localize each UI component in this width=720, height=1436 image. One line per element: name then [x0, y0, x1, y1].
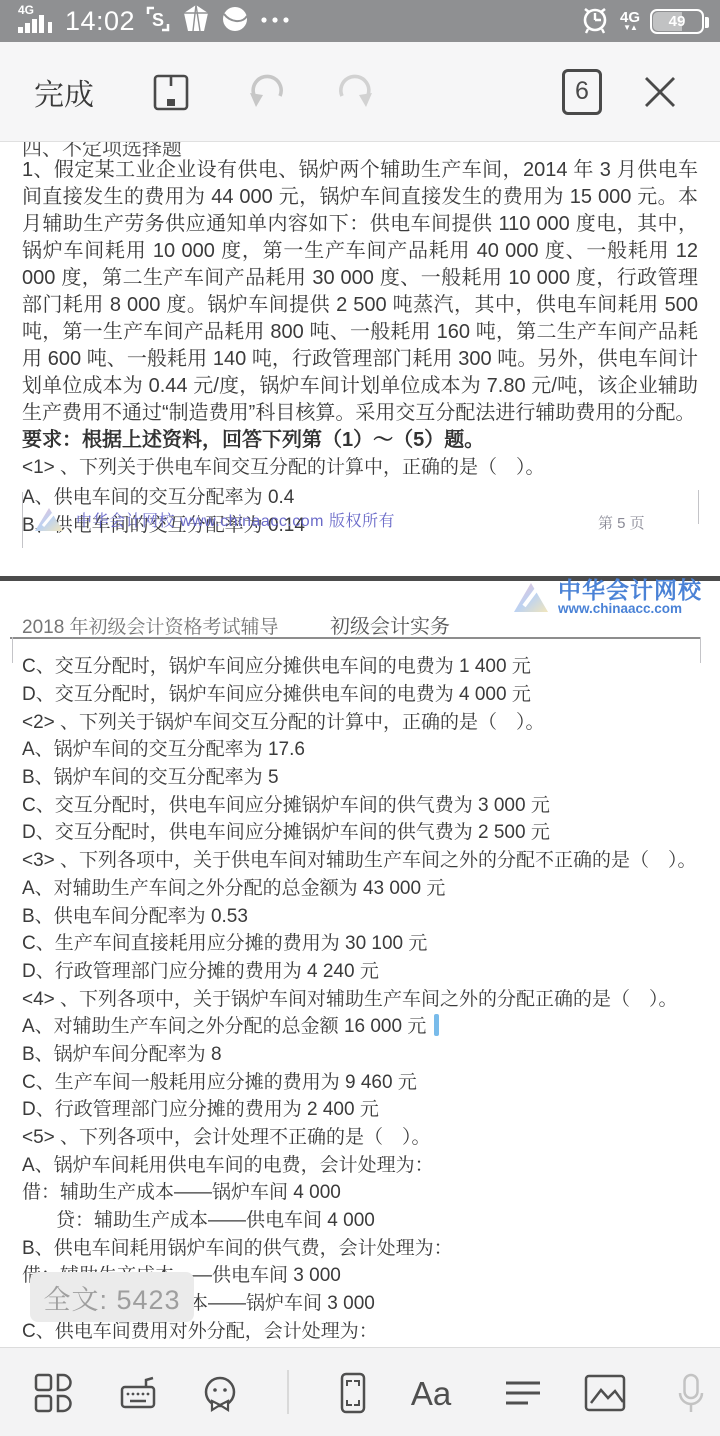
tools-grid-button[interactable] — [31, 1370, 77, 1416]
sub-question-4: <4> 、下列各项中，关于锅炉车间对辅助生产车间之外的分配正确的是（ ）。 — [22, 983, 710, 1011]
option-line: A、锅炉车间的交互分配率为 17.6 — [22, 734, 710, 762]
redo-button[interactable] — [332, 42, 380, 141]
clock-time: 14:02 — [65, 6, 135, 37]
mobile-view-button[interactable] — [330, 1370, 376, 1416]
footer-frame-line — [22, 492, 23, 548]
page-count-badge: 6 — [562, 69, 602, 115]
alarm-icon — [580, 3, 610, 40]
save-button[interactable] — [148, 42, 194, 141]
sub-question-5: <5> 、下列各项中，会计处理不正确的是（ ）。 — [22, 1122, 710, 1150]
page-header: 2018 年初级会计资格考试辅导 初级会计实务 中华会计网校 www.china… — [0, 584, 720, 637]
sub-question-1: <1> 、下列关于供电车间交互分配的计算中，正确的是（ ）。 — [22, 454, 698, 481]
redo-icon — [332, 70, 380, 114]
option-line: D、交互分配时，锅炉车间应分摊供电车间的电费为 4 000 元 — [22, 679, 710, 707]
option-line: A、锅炉车间耗用供电车间的电费，会计处理为： — [22, 1149, 710, 1177]
close-button[interactable] — [638, 42, 682, 141]
brand-url: www.chinaacc.com — [558, 602, 702, 616]
option-line: B、锅炉车间的交互分配率为 5 — [22, 762, 710, 790]
undo-button[interactable] — [242, 42, 290, 141]
app-screen: 4G 14:02 S — [0, 0, 720, 1436]
page-number-label: 第 5 页 — [598, 512, 645, 533]
align-lines-icon — [501, 1371, 545, 1415]
option-line: C、生产车间直接耗用应分摊的费用为 30 100 元 — [22, 928, 710, 956]
option-line: A、对辅助生产车间之外分配的总金额为 43 000 元 — [22, 873, 710, 901]
option-line: D、行政管理部门应分摊的费用为 2 400 元 — [22, 1094, 710, 1122]
page-footer: 中华会计网校 www.chinaacc.com 版权所有 — [32, 505, 395, 533]
question-paragraph: 1、假定某工业企业设有供电、锅炉两个辅助生产车间，2014 年 3 月供电车间直… — [22, 157, 698, 427]
mobile-view-icon — [331, 1370, 375, 1416]
more-notifications-icon — [259, 12, 291, 30]
option-line: B、供电车间分配率为 0.53 — [22, 900, 710, 928]
voice-input-button[interactable] — [667, 1370, 713, 1416]
option-line: D、行政管理部门应分摊的费用为 4 240 元 — [22, 956, 710, 984]
sub-question-3: <3> 、下列各项中，关于供电车间对辅助生产车间之外的分配不正确的是（ ）。 — [22, 845, 710, 873]
question-1-block: 1、假定某工业企业设有供电、锅炉两个辅助生产车间，2014 年 3 月供电车间直… — [22, 157, 698, 537]
mobile-data-icon: 4G ▼▲ — [620, 10, 640, 32]
svg-text:4G: 4G — [18, 3, 34, 17]
edit-toolbar: 完成 6 — [0, 42, 720, 142]
toolbar-divider — [287, 1370, 289, 1414]
option-line: D、交互分配时，供电车间应分摊锅炉车间的供气费为 2 500 元 — [22, 817, 710, 845]
face-bowtie-icon — [197, 1370, 243, 1416]
option-text: A、对辅助生产车间之外分配的总金额 16 000 元 — [22, 1011, 426, 1038]
requirement-line: 要求：根据上述资料，回答下列第（1）～（5）题。 — [22, 427, 698, 454]
copyright-text: 中华会计网校 www.chinaacc.com 版权所有 — [76, 508, 395, 531]
tools-grid-icon — [32, 1371, 76, 1415]
header-frame-line — [12, 637, 13, 663]
font-format-button[interactable]: Aa — [408, 1370, 454, 1416]
keyboard-icon — [116, 1371, 160, 1415]
s-app-notification-icon: S — [144, 4, 172, 39]
option-line-with-caret: A、对辅助生产车间之外分配的总金额 16 000 元 — [22, 1011, 710, 1039]
document-canvas[interactable]: 四、不定项选择题 1、假定某工业企业设有供电、锅炉两个辅助生产车间，2014 年… — [0, 142, 720, 1348]
battery-percent: 49 — [669, 13, 686, 30]
option-line: B、供电车间耗用锅炉车间的供气费，会计处理为： — [22, 1232, 710, 1260]
signal-icon: 4G — [16, 3, 56, 40]
save-icon — [149, 68, 193, 116]
option-line: C、生产车间一般耗用应分摊的费用为 9 460 元 — [22, 1066, 710, 1094]
insert-image-button[interactable] — [582, 1370, 628, 1416]
brand-logo-icon — [510, 579, 552, 615]
option-line: C、交互分配时，供电车间应分摊锅炉车间的供气费为 3 000 元 — [22, 789, 710, 817]
paragraph-align-button[interactable] — [500, 1370, 546, 1416]
journal-entry-credit: 贷：辅助生产成本——供电车间 4 000 — [22, 1205, 710, 1233]
option-line: B、锅炉车间分配率为 8 — [22, 1039, 710, 1067]
header-course-title: 2018 年初级会计资格考试辅导 — [22, 612, 279, 639]
journal-entry-debit: 借：辅助生产成本——锅炉车间 4 000 — [22, 1177, 710, 1205]
header-brand: 中华会计网校 www.chinaacc.com — [510, 578, 702, 616]
undo-icon — [242, 70, 290, 114]
font-format-icon: Aa — [411, 1377, 451, 1410]
text-cursor — [434, 1014, 439, 1036]
option-line: C、交互分配时，锅炉车间应分摊供电车间的电费为 1 400 元 — [22, 651, 710, 679]
svg-text:S: S — [152, 10, 164, 30]
brand-name: 中华会计网校 — [558, 578, 702, 602]
header-rule — [10, 637, 701, 639]
done-button[interactable]: 完成 — [34, 42, 94, 141]
footer-frame-line — [698, 490, 699, 524]
image-icon — [582, 1371, 628, 1415]
browser-notification-icon — [220, 4, 250, 39]
page-count-button[interactable]: 6 — [562, 42, 602, 141]
assistant-button[interactable] — [197, 1370, 243, 1416]
sub-question-2: <2> 、下列关于锅炉车间交互分配的计算中，正确的是（ ）。 — [22, 706, 710, 734]
header-subject-title: 初级会计实务 — [330, 610, 450, 639]
microphone-icon — [668, 1370, 712, 1416]
question-body: C、交互分配时，锅炉车间应分摊供电车间的电费为 1 400 元 D、交互分配时，… — [22, 651, 710, 1343]
keyboard-button[interactable] — [115, 1370, 161, 1416]
battery-icon: 49 — [650, 9, 704, 34]
brand-logo-icon — [32, 505, 66, 533]
close-icon — [640, 72, 680, 112]
gem-notification-icon — [181, 4, 211, 39]
status-bar: 4G 14:02 S — [0, 0, 720, 42]
word-count-toast: 全文: 5423 — [30, 1272, 194, 1322]
bottom-toolbar: Aa — [0, 1347, 720, 1436]
